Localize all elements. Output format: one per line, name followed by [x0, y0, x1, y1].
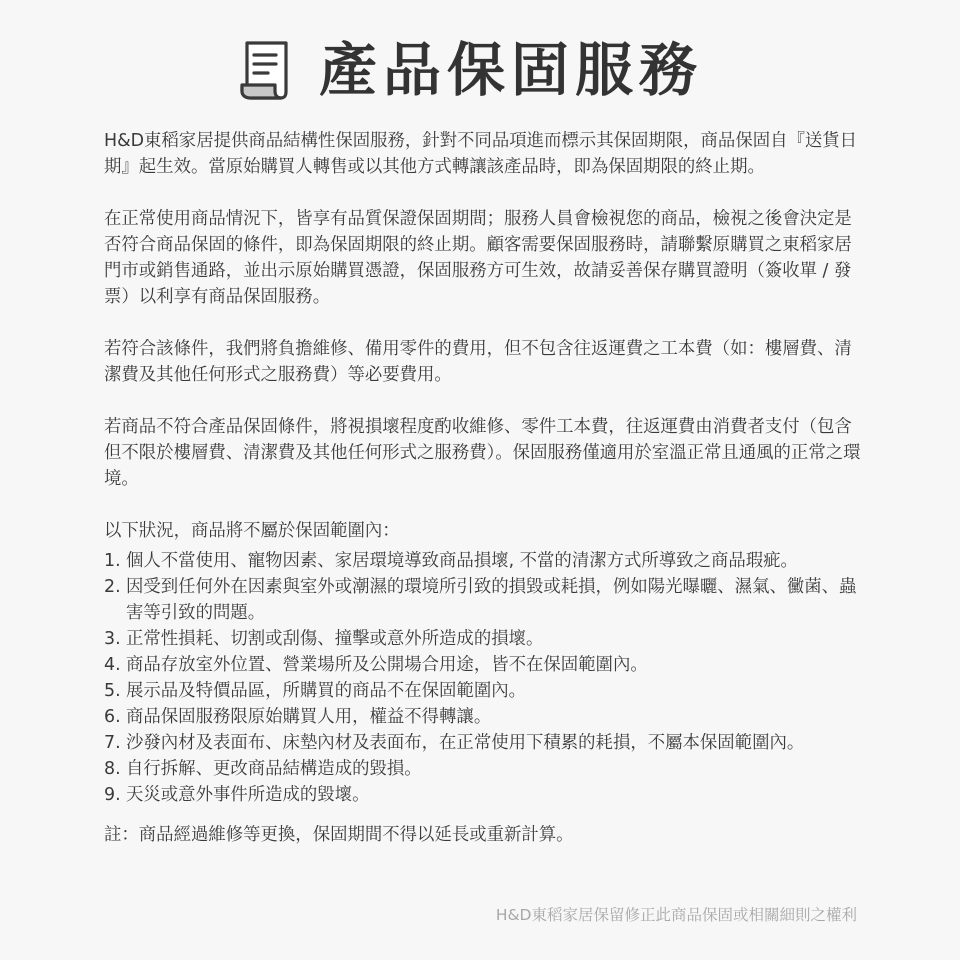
list-item: 4.商品存放室外位置、營業場所及公開場合用途，皆不在保固範圍內。 [104, 652, 864, 678]
list-item: 2.因受到任何外在因素與室外或潮濕的環境所引致的損毀或耗損，例如陽光曝曬、濕氣、… [104, 574, 864, 626]
footer-disclaimer: H&D東稻家居保留修正此商品保固或相關細則之權利 [496, 905, 857, 925]
item-text: 正常性損耗、切割或刮傷、撞擊或意外所造成的損壞。 [126, 629, 543, 649]
item-text: 商品存放室外位置、營業場所及公開場合用途，皆不在保固範圍內。 [126, 655, 648, 675]
list-item: 1.個人不當使用、寵物因素、家居環境導致商品損壞, 不當的清潔方式所導致之商品瑕… [104, 548, 864, 574]
list-item: 3.正常性損耗、切割或刮傷、撞擊或意外所造成的損壞。 [104, 626, 864, 652]
exclusions-heading: 以下狀況，商品將不屬於保固範圍內： [104, 518, 864, 544]
intro-paragraph: H&D東稻家居提供商品結構性保固服務，針對不同品項進而標示其保固期限，商品保固自… [104, 128, 864, 180]
list-item: 7.沙發內材及表面布、床墊內材及表面布，在正常使用下積累的耗損，不屬本保固範圍內… [104, 730, 864, 756]
page-title: 產品保固服務 [319, 41, 703, 99]
warranty-content: H&D東稻家居提供商品結構性保固服務，針對不同品項進而標示其保固期限，商品保固自… [104, 128, 864, 874]
item-text: 自行拆解、更改商品結構造成的毀損。 [126, 759, 422, 779]
item-text: 沙發內材及表面布、床墊內材及表面布，在正常使用下積累的耗損，不屬本保固範圍內。 [126, 733, 804, 753]
item-number: 5. [104, 678, 121, 704]
list-item: 8.自行拆解、更改商品結構造成的毀損。 [104, 756, 864, 782]
item-text: 因受到任何外在因素與室外或潮濕的環境所引致的損毀或耗損，例如陽光曝曬、濕氣、黴菌… [126, 577, 856, 623]
coverage-paragraph: 若符合該條件，我們將負擔維修、備用零件的費用，但不包含往返運費之工本費（如：樓層… [104, 336, 864, 388]
item-number: 1. [104, 548, 121, 574]
item-text: 商品保固服務限原始購買人用，權益不得轉讓。 [126, 707, 491, 727]
exclusions-list: 1.個人不當使用、寵物因素、家居環境導致商品損壞, 不當的清潔方式所導致之商品瑕… [104, 548, 864, 808]
item-text: 展示品及特價品區，所購買的商品不在保固範圍內。 [126, 681, 526, 701]
non-coverage-paragraph: 若商品不符合產品保固條件，將視損壞程度酌收維修、零件工本費，往返運費由消費者支付… [104, 414, 864, 492]
item-number: 2. [104, 574, 121, 600]
list-item: 6.商品保固服務限原始購買人用，權益不得轉讓。 [104, 704, 864, 730]
item-number: 7. [104, 730, 121, 756]
item-number: 3. [104, 626, 121, 652]
list-item: 9.天災或意外事件所造成的毀壞。 [104, 782, 864, 808]
item-text: 個人不當使用、寵物因素、家居環境導致商品損壞, 不當的清潔方式所導致之商品瑕疵。 [126, 551, 798, 571]
document-scroll-icon [239, 40, 295, 100]
page-header: 產品保固服務 [0, 30, 960, 110]
item-number: 6. [104, 704, 121, 730]
item-number: 8. [104, 756, 121, 782]
item-number: 4. [104, 652, 121, 678]
item-text: 天災或意外事件所造成的毀壞。 [126, 785, 369, 805]
item-number: 9. [104, 782, 121, 808]
service-paragraph: 在正常使用商品情況下，皆享有品質保證保固期間；服務人員會檢視您的商品，檢視之後會… [104, 206, 864, 310]
list-item: 5.展示品及特價品區，所購買的商品不在保固範圍內。 [104, 678, 864, 704]
note-text: 註：商品經過維修等更換，保固期間不得以延長或重新計算。 [104, 822, 864, 848]
